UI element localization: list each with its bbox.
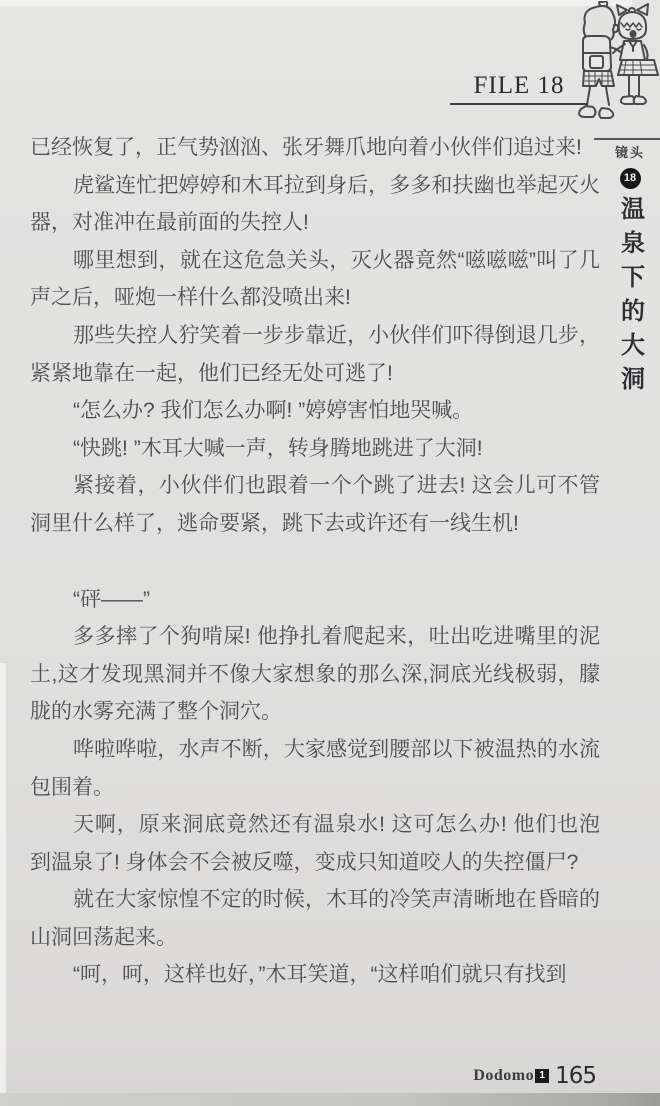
page-number: 165 <box>555 1063 596 1089</box>
story-paragraph: 那些失控人狞笑着一步步靠近，小伙伴们吓得倒退几步，紧紧地靠在一起，他们已经无处可… <box>30 317 600 392</box>
story-paragraph: “砰——” <box>30 581 600 619</box>
story-paragraph: 多多摔了个狗啃屎! 他挣扎着爬起来，吐出吃进嘴里的泥土,这才发现黑洞并不像大家想… <box>30 618 600 731</box>
story-paragraph: “呵，呵，这样也好，”木耳笑道，“这样咱们就只有找到 <box>30 956 600 994</box>
story-text-block: 已经恢复了，正气势汹汹、张牙舞爪地向着小伙伴们追过来! 虎鲨连忙把婷婷和木耳拉到… <box>30 129 600 994</box>
page-left-edge <box>0 663 6 1093</box>
page-top-edge <box>0 0 632 6</box>
story-paragraph: 哪里想到，就在这危急关头，灭火器竟然“嗞嗞嗞”叫了几声之后，哑炮一样什么都没喷出… <box>30 242 600 317</box>
story-paragraph: “怎么办? 我们怎么办啊! ”婷婷害怕地哭喊。 <box>30 392 600 430</box>
file-header: FILE 18 <box>450 72 588 105</box>
story-paragraph: 已经恢复了，正气势汹汹、张牙舞爪地向着小伙伴们追过来! <box>30 129 600 167</box>
brand-label: Dodomo <box>473 1067 534 1085</box>
volume-badge: 1 <box>535 1069 549 1083</box>
chapter-title: 温泉下的大洞 <box>613 196 648 400</box>
chapter-kicker: 镜头 <box>605 142 655 161</box>
story-paragraph: 虎鲨连忙把婷婷和木耳拉到身后，多多和扶幽也举起灭火器，对准冲在最前面的失控人! <box>30 167 600 242</box>
story-paragraph: 天啊，原来洞底竟然还有温泉水! 这可怎么办! 他们也泡到温泉了! 身体会不会被反… <box>30 806 600 881</box>
sidebar-divider <box>594 138 660 140</box>
chapter-number-badge: 18 <box>620 168 641 189</box>
story-paragraph: “快跳! ”木耳大喊一声，转身腾地跳进了大洞! <box>30 430 600 468</box>
boy-girl-illustration-icon <box>567 1 659 135</box>
story-paragraph: 哗啦哗啦，水声不断，大家感觉到腰部以下被温热的水流包围着。 <box>30 731 600 806</box>
book-page: FILE 18 镜头 18 温泉下的大洞 已经恢复了，正气势汹汹、张牙舞爪地向着… <box>0 0 660 1106</box>
story-paragraph: 就在大家惊惶不定的时候，木耳的冷笑声清晰地在昏暗的山洞回荡起来。 <box>30 881 600 956</box>
chapter-sidebar: 镜头 18 温泉下的大洞 <box>605 142 655 405</box>
page-footer: Dodomo 1 165 <box>473 1063 596 1089</box>
story-paragraph: 紧接着，小伙伴们也跟着一个个跳了进去! 这会儿可不管洞里什么样了，逃命要紧，跳下… <box>30 467 600 542</box>
page-bottom-edge <box>0 1093 660 1106</box>
